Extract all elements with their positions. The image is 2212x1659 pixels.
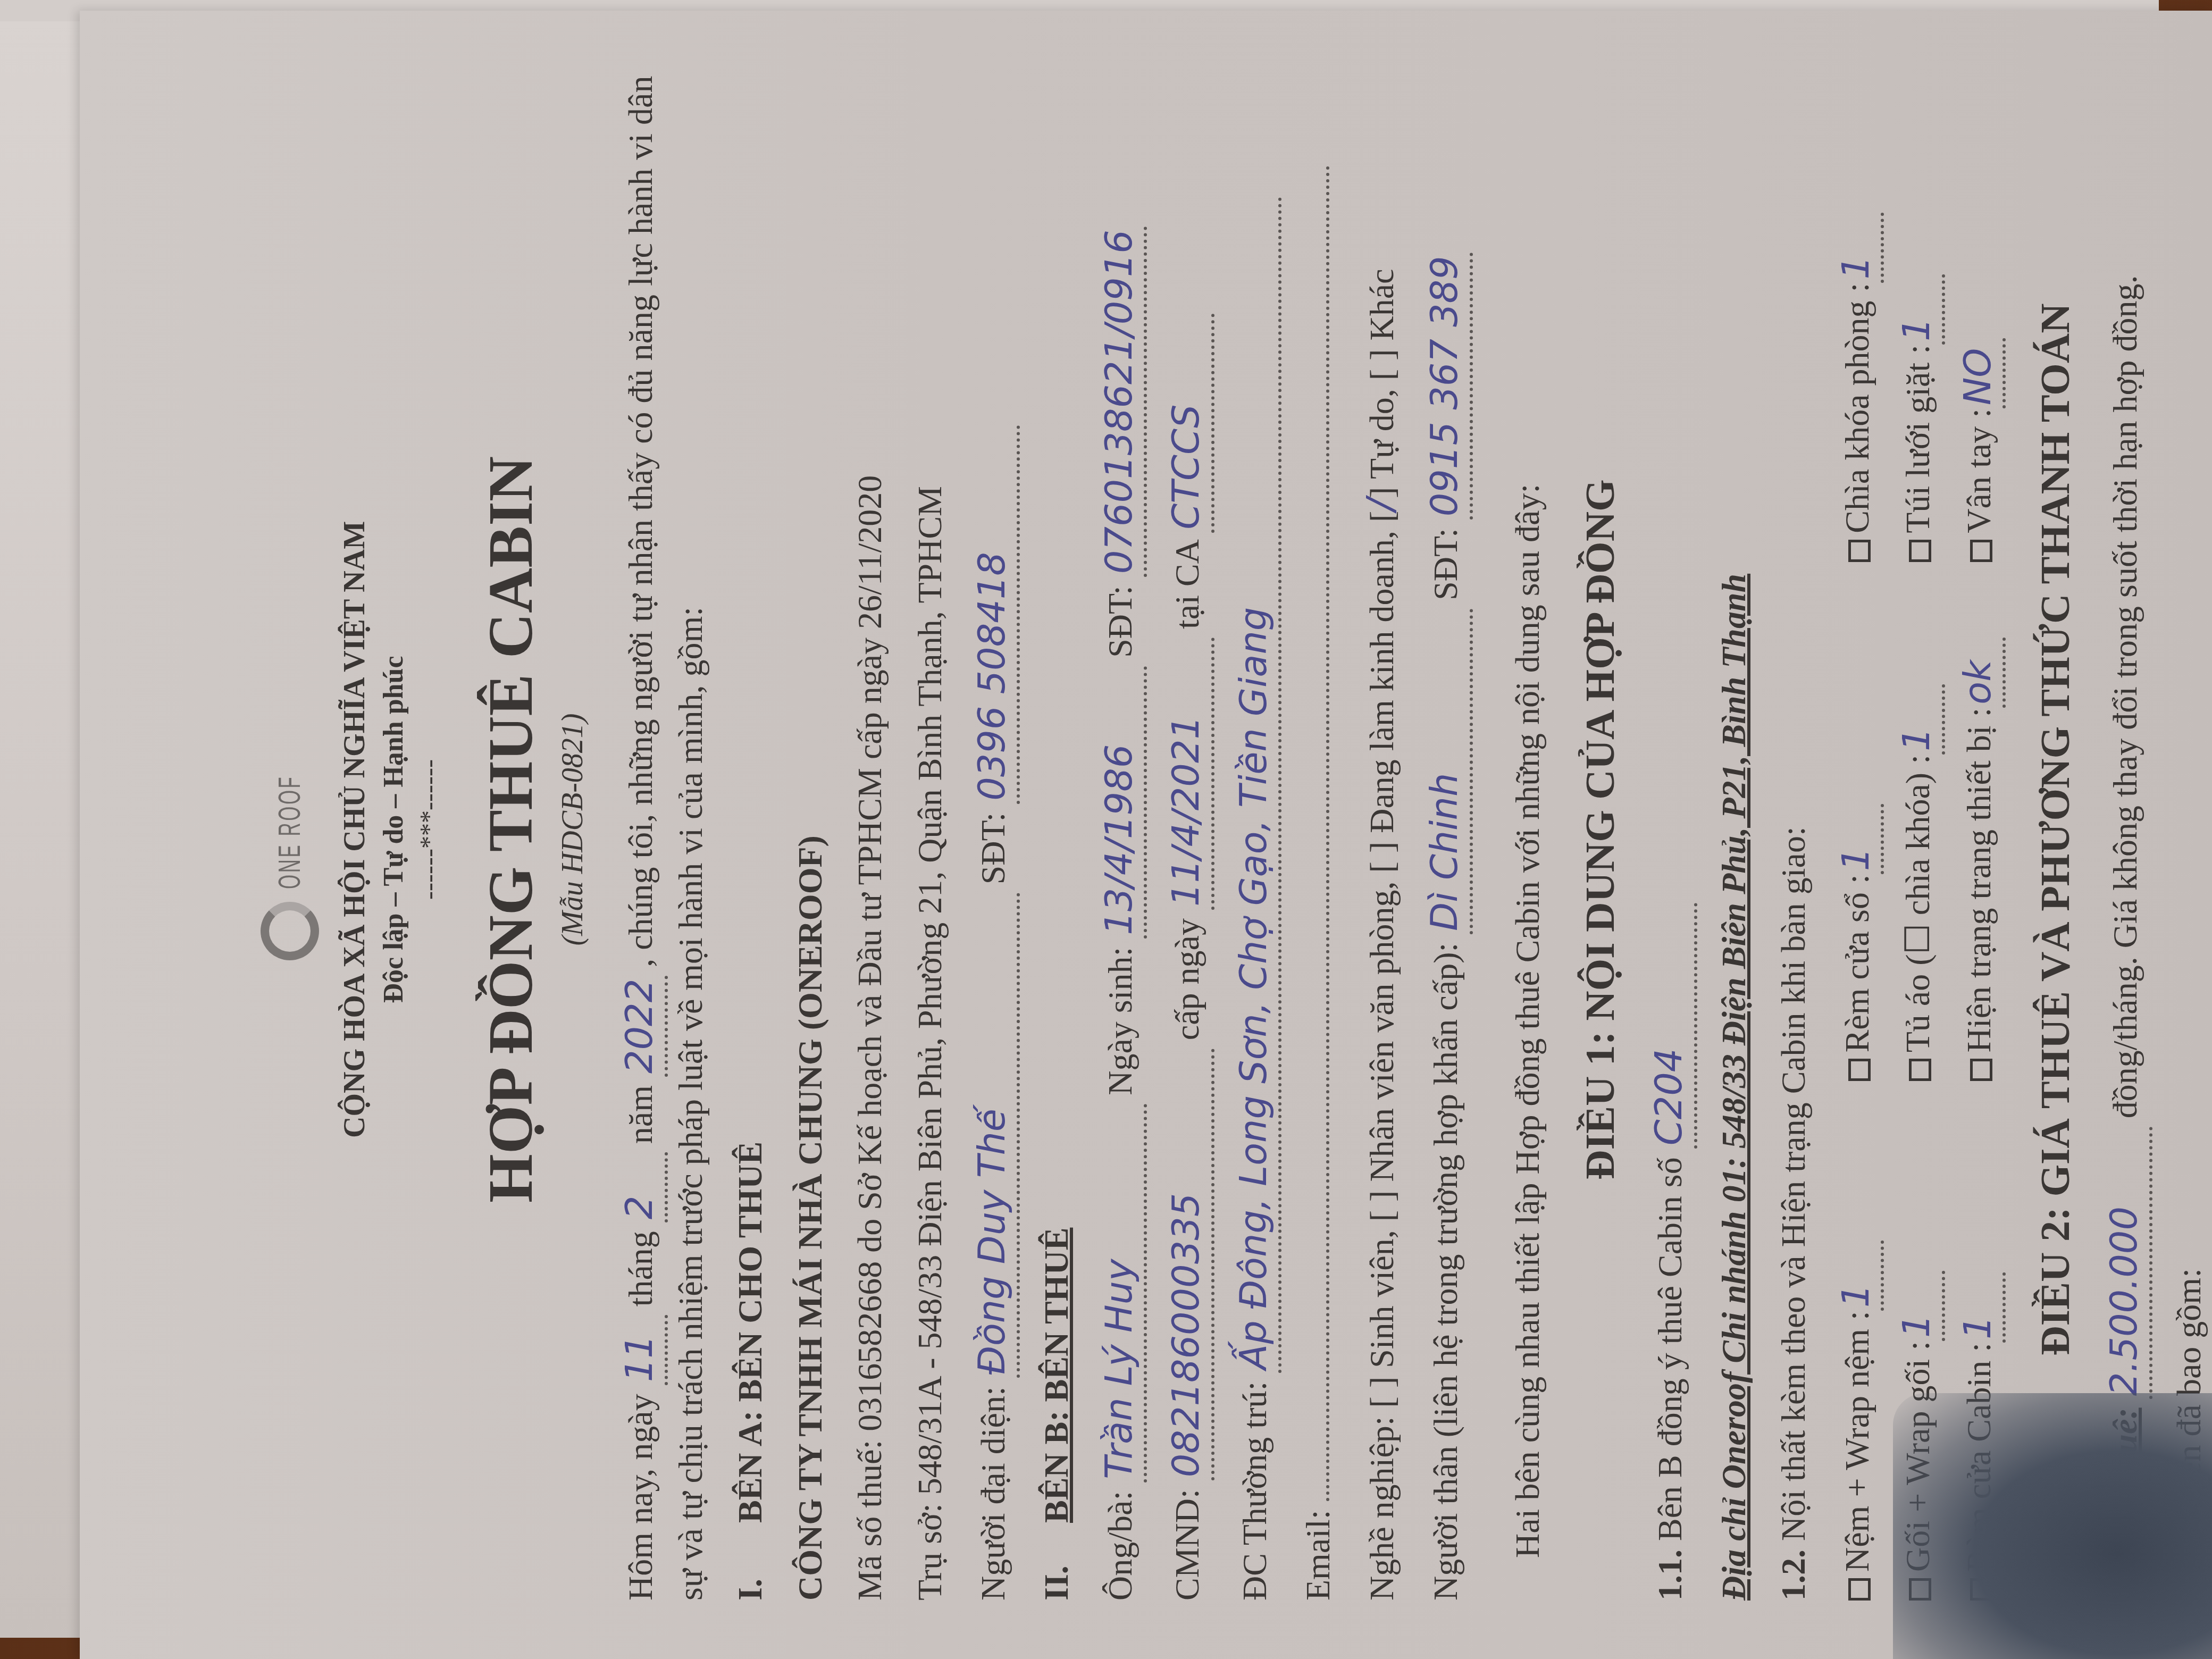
checklist-item[interactable]: Nệm + Wrap nệm :1 (1831, 1097, 1884, 1601)
furniture-checklist: Nệm + Wrap nệm :1 Rèm cửa sổ :1 Chìa khó… (1831, 58, 2006, 1601)
lessor-representative-row: Người đại diện: Đồng Duy Thế SĐT: 0396 5… (967, 58, 1020, 1601)
clause-1-1: 1.1. Bên B đồng ý thuê Cabin số C204 (1644, 58, 1697, 1601)
month-field[interactable]: 2 (614, 1152, 668, 1222)
occupation-option-business[interactable]: [ ] Đang làm kinh doanh, (1363, 531, 1401, 873)
party-a-heading: I. BÊN A: BÊN CHO THUÊ (727, 58, 773, 1601)
emergency-contact-row: Người thân (liên hệ trong trường hợp khẩ… (1419, 58, 1473, 1601)
logo-text: ONE ROOF (269, 775, 311, 889)
checkbox-icon[interactable] (1848, 1059, 1871, 1081)
logo-ring-icon (261, 902, 319, 960)
checkbox-icon[interactable] (1970, 540, 1992, 562)
emergency-phone-field[interactable]: 0915 367 389 (1419, 253, 1473, 520)
agreement-statement: Hai bên cùng nhau thiết lập Hợp đồng thu… (1505, 58, 1551, 1601)
year-field[interactable]: 2022 (614, 976, 668, 1077)
article-2-heading: ĐIỀU 2: GIÁ THUÊ VÀ PHƯƠNG THỨC THANH TO… (2027, 58, 2083, 1601)
hand-shadow (1893, 1393, 2212, 1659)
national-header: CỘNG HÒA XÃ HỘI CHỦ NGHĨA VIỆT NAM (335, 58, 375, 1601)
contract-title: HỢP ĐỒNG THUÊ CABIN (468, 58, 553, 1601)
clause-1-2: 1.2. Nội thất kèm theo và Hiện trạng Cab… (1771, 58, 1816, 1601)
lessor-tax-code: Mã số thuế: 0316582668 do Sở Kế hoạch và… (847, 58, 893, 1601)
occupation-option-student[interactable]: [ ] Sinh viên, (1363, 1230, 1401, 1407)
oneroof-logo: ONE ROOF (261, 58, 319, 1601)
checklist-item[interactable]: Rèm cửa sổ :1 (1831, 578, 1884, 1082)
tenant-residence-row: ĐC Thường trú: Ấp Đông, Long Sơn, Chợ Gạ… (1228, 58, 1282, 1601)
contract-page: ONE ROOF CỘNG HÒA XÃ HỘI CHỦ NGHĨA VIỆT … (239, 58, 2100, 1601)
tenant-name-field[interactable]: Trần Lý Huy (1094, 1104, 1147, 1482)
emergency-contact-field[interactable]: Dì Chinh (1419, 609, 1473, 934)
occupation-option-freelance[interactable]: [/] Tự do, (1363, 389, 1401, 522)
rent-price-field[interactable]: 2.500.000 (2099, 1127, 2152, 1399)
tenant-id-field[interactable]: 082186000335 (1161, 1049, 1214, 1480)
tenant-occupation-row: Nghề nghiệp: [ ] Sinh viên, [ ] Nhân viê… (1355, 58, 1406, 1601)
checklist-item[interactable]: Túi lưới giặt :1 (1891, 58, 1945, 562)
checkbox-icon[interactable] (1848, 1578, 1871, 1601)
header-divider: ------***------ (413, 58, 447, 1601)
branch-address: Địa chỉ Oneroof Chi nhánh 01: 548/33 Điệ… (1711, 58, 1757, 1601)
tenant-email-field[interactable] (1326, 165, 1329, 1501)
checklist-item[interactable]: Chìa khóa phòng :1 (1831, 58, 1884, 562)
checkbox-icon[interactable] (1970, 1059, 1992, 1081)
tenant-email-row: Email: (1295, 58, 1341, 1601)
day-field[interactable]: 11 (614, 1315, 668, 1385)
article-1-heading: ĐIỀU 1: NỘI DUNG CỦA HỢP ĐỒNG (1572, 58, 1628, 1601)
checklist-item[interactable]: Tủ áo (☐ chìa khóa) :1 (1891, 578, 1945, 1082)
checkbox-icon[interactable] (1909, 540, 1931, 562)
id-issued-date-field[interactable]: 11/4/2021 (1161, 638, 1214, 910)
tenant-dob-field[interactable]: 13/4/1986 (1094, 666, 1147, 939)
representative-phone-field[interactable]: 0396 508418 (967, 425, 1020, 804)
lessor-company: CÔNG TY TNHH MÁI NHÀ CHUNG (ONEROOF) (787, 58, 833, 1601)
tenant-id-row: CMND: 082186000335 cấp ngày 11/4/2021 tạ… (1161, 58, 1214, 1601)
checklist-item[interactable]: Vân tay :NO (1953, 58, 2006, 562)
checkbox-icon[interactable] (1848, 540, 1871, 562)
tenant-residence-field[interactable]: Ấp Đông, Long Sơn, Chợ Gạo, Tiền Giang (1228, 197, 1282, 1373)
party-b-heading: II. BÊN B: BÊN THUÊ (1034, 58, 1079, 1601)
intro-paragraph: Hôm nay, ngày 11 tháng 2 năm 2022 , chún… (614, 58, 714, 1601)
clause-2-1: 2.1. Giá thuê: 2.500.000 đồng/tháng. Giá… (2099, 58, 2152, 1601)
tenant-name-row: Ông/bà: Trần Lý Huy Ngày sinh: 13/4/1986… (1094, 58, 1147, 1601)
lessor-address: Trụ sở: 548/31A - 548/33 Điện Biên Phủ, … (907, 58, 953, 1601)
price-includes: ● Giá trên đã bao gồm: (2166, 58, 2212, 1585)
occupation-option-other[interactable]: [ ] Khác (1363, 269, 1401, 380)
checklist-item[interactable]: Hiện trạng trang thiết bị :ok (1953, 578, 2006, 1082)
form-code: (Mẫu HDCB-0821) (553, 58, 593, 1601)
checkbox-icon[interactable] (1909, 1059, 1931, 1081)
occupation-option-office[interactable]: [ ] Nhân viên văn phòng, (1363, 881, 1401, 1221)
national-motto: Độc lập – Tự do – Hạnh phúc (375, 58, 413, 1601)
representative-field[interactable]: Đồng Duy Thế (967, 893, 1020, 1378)
tenant-phone-field[interactable]: 0760138621/0916 (1094, 227, 1147, 577)
id-issued-place-field[interactable]: CTCCS (1161, 314, 1214, 533)
cabin-number-field[interactable]: C204 (1644, 903, 1697, 1149)
